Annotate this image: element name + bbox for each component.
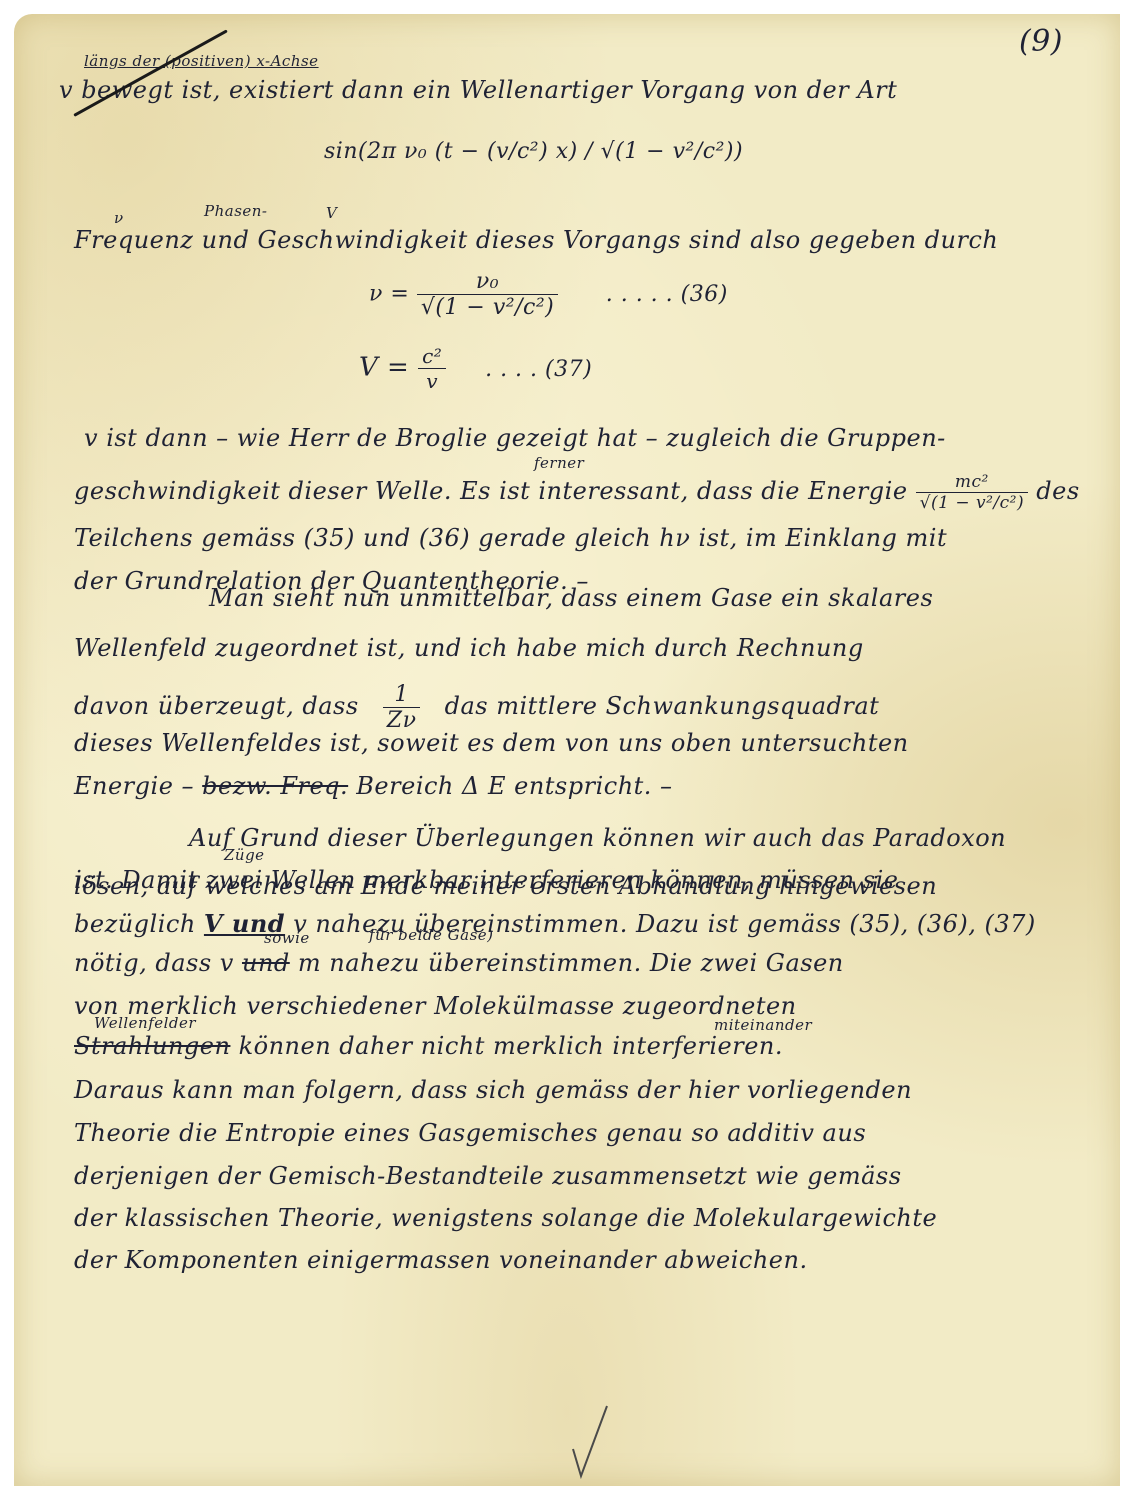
eq37-label: . . . . (37) xyxy=(485,357,592,382)
struck-text: Strahlungen xyxy=(74,1032,230,1060)
eq37-denominator: v xyxy=(418,369,446,393)
energy-fraction: mc² √(1 − v²/c²) xyxy=(916,472,1028,513)
energy-denominator: √(1 − v²/c²) xyxy=(916,493,1028,513)
inverse-z-fraction: 1 Zν xyxy=(383,682,421,733)
text-line: geschwindigkeit dieser Welle. Es ist int… xyxy=(74,472,1080,513)
text-line: Energie – bezw. Freq. Bereich Δ E entspr… xyxy=(74,772,673,800)
text-line: Theorie die Entropie eines Gasgemisches … xyxy=(74,1119,866,1147)
text-line: der Komponenten einigermassen voneinande… xyxy=(74,1246,808,1274)
eq37-numerator: c² xyxy=(418,344,446,369)
eq36-lhs: ν = xyxy=(369,282,409,307)
text-line: Daraus kann man folgern, dass sich gemäs… xyxy=(74,1076,912,1104)
text-line: bezüglich V und v nahezu übereinstimmen.… xyxy=(74,909,1036,938)
insertion-note: ferner xyxy=(534,454,584,472)
checkmark-icon xyxy=(569,1404,609,1483)
insertion-note: ν xyxy=(114,209,124,227)
insertion-note: längs der (positiven) x-Achse xyxy=(84,52,319,70)
text-line: Strahlungen können daher nicht merklich … xyxy=(74,1032,783,1060)
text-line: ist. Damit zwei Wellen merkbar interferi… xyxy=(74,866,898,894)
text-line: Man sieht nun unmittelbar, dass einem Ga… xyxy=(209,584,933,612)
equation-sin: sin(2π ν₀ (t − (v/c²) x) / √(1 − v²/c²)) xyxy=(324,139,743,164)
insertion-note: V xyxy=(326,204,337,222)
text-line: Wellenfeld zugeordnet ist, und ich habe … xyxy=(74,634,864,662)
insertion-note: sowie xyxy=(264,929,310,947)
eq36-fraction: ν₀ √(1 − v²/c²) xyxy=(417,269,558,320)
page-number: (9) xyxy=(1019,24,1063,59)
text-line: Frequenz und Geschwindigkeit dieses Vorg… xyxy=(74,226,998,254)
eq36-numerator: ν₀ xyxy=(417,269,558,295)
text-span: Energie – xyxy=(74,772,194,800)
text-line: dieses Wellenfeldes ist, soweit es dem v… xyxy=(74,729,909,757)
text-span: des xyxy=(1036,477,1079,505)
insertion-note: Phasen- xyxy=(204,202,268,220)
text-line: derjenigen der Gemisch-Bestandteile zusa… xyxy=(74,1162,902,1190)
text-line: Auf Grund dieser Überlegungen können wir… xyxy=(189,824,1006,852)
equation-37: V = c² v . . . . (37) xyxy=(359,344,592,393)
text-span: das mittlere Schwankungsquadrat xyxy=(445,692,880,720)
eq36-denominator: √(1 − v²/c²) xyxy=(417,295,558,320)
text-span: können daher nicht merklich interferiere… xyxy=(239,1032,783,1060)
text-span: davon überzeugt, dass xyxy=(74,692,359,720)
struck-text: bezw. Freq. xyxy=(202,772,348,800)
text-line: v bewegt ist, existiert dann ein Wellena… xyxy=(59,76,897,104)
text-span: bezüglich xyxy=(74,910,196,938)
text-line: davon überzeugt, dass 1 Zν das mittlere … xyxy=(74,682,879,733)
struck-text: und xyxy=(242,949,290,977)
text-line: Teilchens gemäss (35) und (36) gerade gl… xyxy=(74,524,947,552)
eq37-fraction: c² v xyxy=(418,344,446,393)
energy-numerator: mc² xyxy=(916,472,1028,493)
eq36-label: . . . . . (36) xyxy=(606,282,728,307)
eq37-lhs: V = xyxy=(359,353,409,383)
text-line: der klassischen Theorie, wenigstens sola… xyxy=(74,1204,937,1232)
text-span: nötig, dass v xyxy=(74,949,234,977)
manuscript-page: (9) längs der (positiven) x-Achse v bewe… xyxy=(14,14,1120,1486)
text-span: m nahezu übereinstimmen. Die zwei Gasen xyxy=(298,949,844,977)
insertion-note: für beide Gase) xyxy=(369,926,494,944)
text-span: Bereich Δ E entspricht. – xyxy=(356,772,672,800)
insertion-note: Wellenfelder xyxy=(94,1014,196,1032)
insertion-note: Züge xyxy=(224,846,265,864)
text-line: v ist dann – wie Herr de Broglie gezeigt… xyxy=(84,424,946,452)
text-line: nötig, dass v und m nahezu übereinstimme… xyxy=(74,949,844,977)
fraction-numerator: 1 xyxy=(383,682,421,708)
text-span: geschwindigkeit dieser Welle. Es ist int… xyxy=(74,477,908,505)
equation-36: ν = ν₀ √(1 − v²/c²) . . . . . (36) xyxy=(369,269,728,320)
